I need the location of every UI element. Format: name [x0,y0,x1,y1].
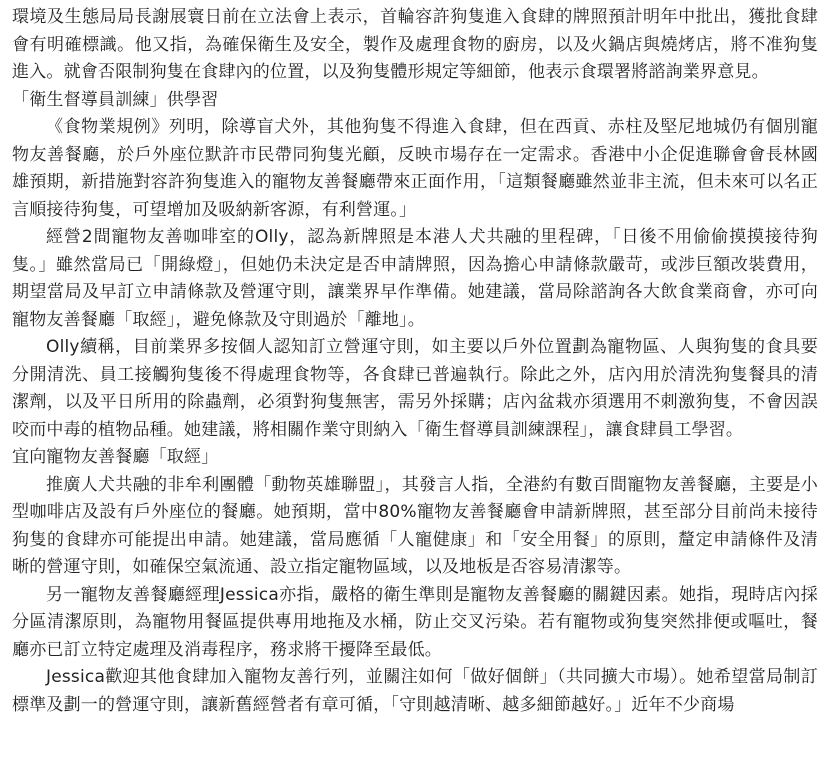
paragraph-olly-cafe: 經營2間寵物友善咖啡室的Olly，認為新牌照是本港人犬共融的里程碑，「日後不用偷… [12,224,818,334]
paragraph-jessica-market: Jessica歡迎其他食肆加入寵物友善行列，並關注如何「做好個餅」（共同擴大市場… [12,664,818,719]
subheading-hygiene-training: 「衛生督導員訓練」供學習 [12,87,818,115]
paragraph-food-regulation: 《食物業規例》列明，除導盲犬外，其他狗隻不得進入食肆，但在西貢、赤柱及堅尼地城仍… [12,114,818,224]
paragraph-animal-hero-league: 推廣人犬共融的非牟利團體「動物英雄聯盟」，其發言人指，全港約有數百間寵物友善餐廳… [12,472,818,582]
paragraph-jessica-hygiene: 另一寵物友善餐廳經理Jessica亦指，嚴格的衛生準則是寵物友善餐廳的關鍵因素。… [12,582,818,665]
paragraph-intro: 環境及生態局局長謝展寰日前在立法會上表示，首輪容許狗隻進入食肆的牌照預計明年中批… [12,4,818,87]
subheading-learn-from-restaurants: 宜向寵物友善餐廳「取經」 [12,444,818,472]
paragraph-olly-guidelines: Olly續稱，目前業界多按個人認知訂立營運守則，如主要以戶外位置劃為寵物區、人與… [12,334,818,444]
article-body: 環境及生態局局長謝展寰日前在立法會上表示，首輪容許狗隻進入食肆的牌照預計明年中批… [12,4,818,719]
